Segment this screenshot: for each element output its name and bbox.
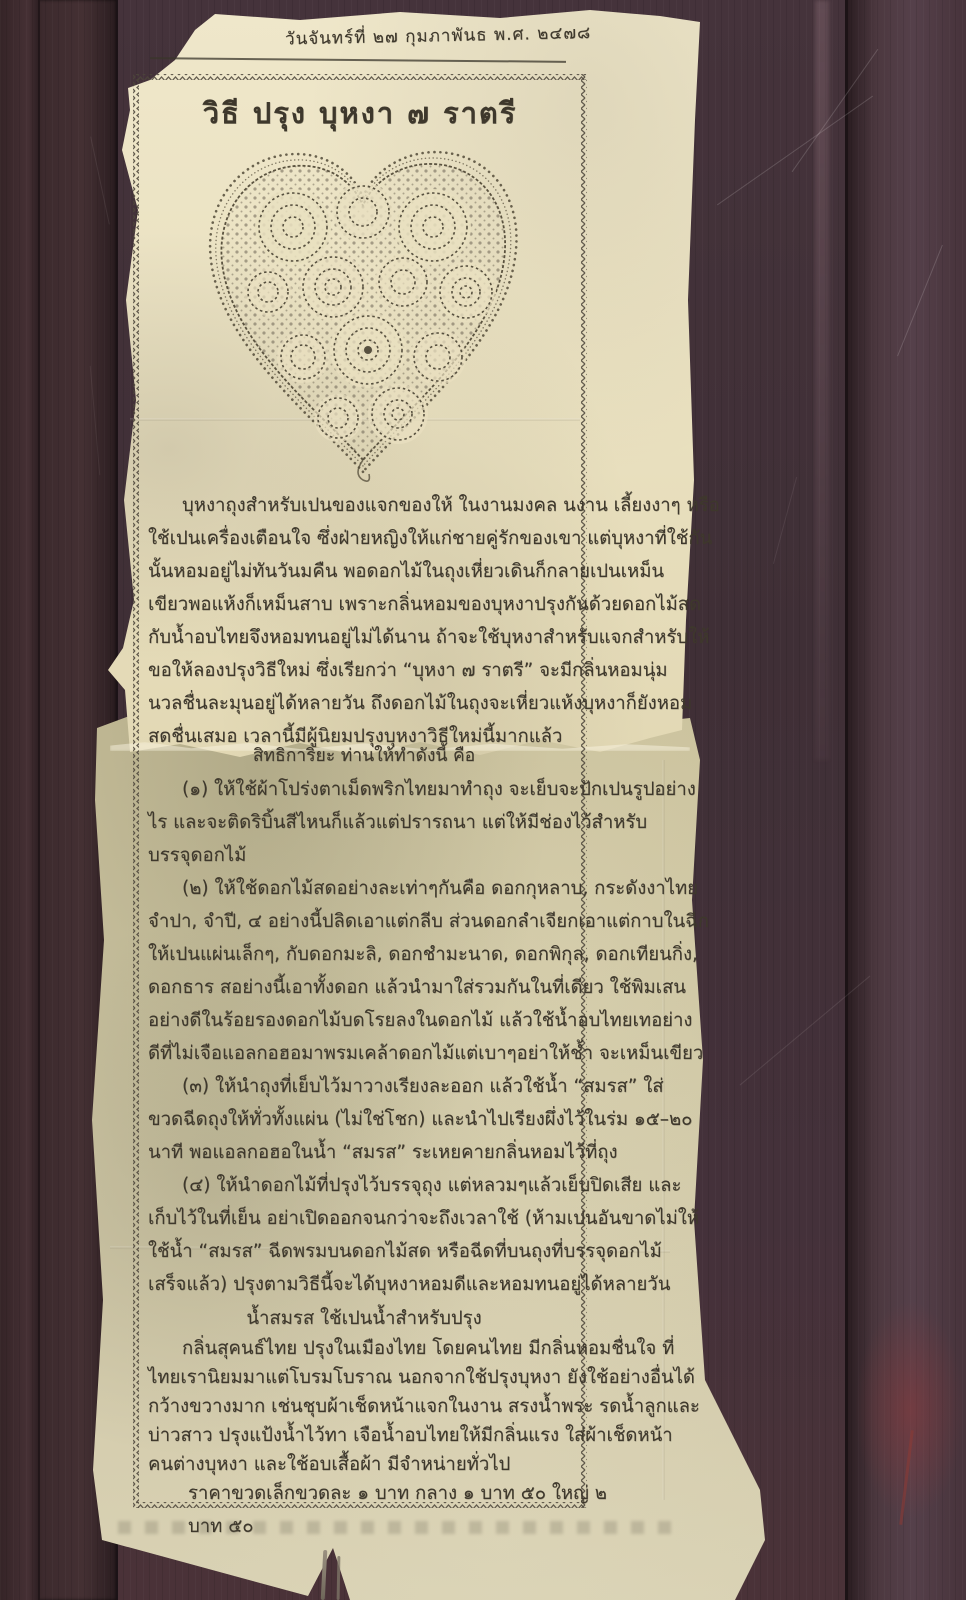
step-4: (๔) ให้นำดอกไม้ที่ปรุงไว้บรรจุถุง แต่หลว…: [148, 1169, 580, 1301]
text-line: บรรจุดอกไม้: [148, 839, 580, 872]
text-line: กลิ่นสุคนธ์ไทย ปรุงในเมืองไทย โดยคนไทย ม…: [148, 1334, 580, 1363]
text-line: นวลชื่นละมุนอยู่ได้หลายวัน ถึงดอกไม้ในถุ…: [148, 687, 580, 720]
paper-crease: [662, 760, 665, 1500]
text-line: กว้างขวางมาก เช่นชุบผ้าเช็ดหน้าแจกในงาน …: [148, 1392, 580, 1421]
text-line: บ่าวสาว ปรุงแป้งน้ำไว้ทา เจือน้ำอบไทยให้…: [148, 1421, 580, 1450]
text-line: (๑) ให้ใช้ผ้าโปร่งตาเม็ดพริกไทยมาทำถุง จ…: [148, 773, 580, 806]
text-line: อย่างดีในร้อยรองดอกไม้บดโรยลงในดอกไม้ แล…: [148, 1004, 580, 1037]
faded-footer-text: [118, 1521, 678, 1534]
closing-paragraph: กลิ่นสุคนธ์ไทย ปรุงในเมืองไทย โดยคนไทย ม…: [148, 1334, 580, 1479]
text-line: ใช้เปนเครื่องเตือนใจ ซึ่งฝ่ายหญิงให้แก่ช…: [148, 522, 580, 555]
text-line: คนต่างบุหงา และใช้อบเสื้อผ้า มีจำหน่ายทั…: [148, 1450, 580, 1479]
intro-paragraph: บุหงาถุงสำหรับเปนของแจกของให้ ในงานมงคล …: [148, 489, 580, 753]
text-line: เก็บไว้ในที่เย็น อย่าเปิดออกจนกว่าจะถึงเ…: [148, 1202, 580, 1235]
text-line: กับน้ำอบไทยจึงหอมทนอยู่ไม่ได้นาน ถ้าจะใช…: [148, 621, 580, 654]
wood-crack: [38, 0, 40, 1600]
text-line: ขวดฉีดถุงให้ทั่วทั้งแผ่น (ไม่ใช่โชก) และ…: [148, 1103, 580, 1136]
lace-heart-illustration: [198, 132, 528, 484]
text-line: ดอกธาร สอย่างนี้เอาทั้งดอก แล้วนำมาใส่รว…: [148, 971, 580, 1004]
photo-of-old-thai-leaflet: { "doc": { "date_line": "วันจันทร์ที่ ๒๗…: [0, 0, 966, 1600]
text-line: เขียวพอแห้งก็เหม็นสาบ เพราะกลิ่นหอมของบุ…: [148, 588, 580, 621]
text-line: (๒) ให้ใช้ดอกไม้สดอย่างละเท่าๆกันคือ ดอก…: [148, 872, 580, 905]
border-top: [136, 74, 586, 80]
page-title: วิธี ปรุง บุหงา ๗ ราตรี: [150, 90, 570, 136]
step-1: (๑) ให้ใช้ผ้าโปร่งตาเม็ดพริกไทยมาทำถุง จ…: [148, 773, 580, 872]
text-line: จำปา, จำปี, ๔ อย่างนี้ปลิดเอาแต่กลีบ ส่ว…: [148, 905, 580, 938]
step-3: (๓) ให้นำถุงที่เย็บไว้มาวางเรียงละออก แล…: [148, 1070, 580, 1169]
text-line: เสร็จแล้ว) ปรุงตามวิธีนี้จะได้บุหงาหอมดี…: [148, 1268, 580, 1301]
step-2: (๒) ให้ใช้ดอกไม้สดอย่างละเท่าๆกันคือ ดอก…: [148, 872, 580, 1070]
red-paint-smudge: [855, 1300, 965, 1520]
section-heading: สิทธิการิยะ ท่านให้ทำดังนี้ คือ: [148, 740, 580, 773]
text-line: บุหงาถุงสำหรับเปนของแจกของให้ ในงานมงคล …: [148, 489, 580, 522]
note-center: น้ำสมรส ใช้เปนน้ำสำหรับปรุง: [148, 1302, 580, 1335]
text-line: ไร และจะติดริบิ้นสีไหนก็แล้วแต่ปรารถนา แ…: [148, 806, 580, 839]
wood-light-streak: [815, 0, 829, 760]
text-line: ใช้น้ำ “สมรส” ฉีดพรมบนดอกไม้สด หรือฉีดที…: [148, 1235, 580, 1268]
text-line: (๓) ให้นำถุงที่เย็บไว้มาวางเรียงละออก แล…: [148, 1070, 580, 1103]
text-line: ให้เปนแผ่นเล็กๆ, กับดอกมะลิ, ดอกชำมะนาด,…: [148, 938, 580, 971]
text-line: นาที พอแอลกอฮอในน้ำ “สมรส” ระเหยคายกลิ่น…: [148, 1136, 580, 1169]
text-line: ดีที่ไม่เจือแอลกอฮอมาพรมเคล้าดอกไม้แต่เบ…: [148, 1037, 580, 1070]
border-left: [133, 74, 139, 1508]
text-line: ขอให้ลองปรุงวิธีใหม่ ซึ่งเรียกว่า “บุหงา…: [148, 654, 580, 687]
text-line: นั้นหอมอยู่ไม่ทันวันมคืน พอดอกไม้ในถุงเห…: [148, 555, 580, 588]
text-line: (๔) ให้นำดอกไม้ที่ปรุงไว้บรรจุถุง แต่หลว…: [148, 1169, 580, 1202]
wood-crack: [845, 0, 848, 1600]
text-line: ไทยเรานิยมมาแต่โบรมโบราณ นอกจากใช้ปรุงบุ…: [148, 1363, 580, 1392]
